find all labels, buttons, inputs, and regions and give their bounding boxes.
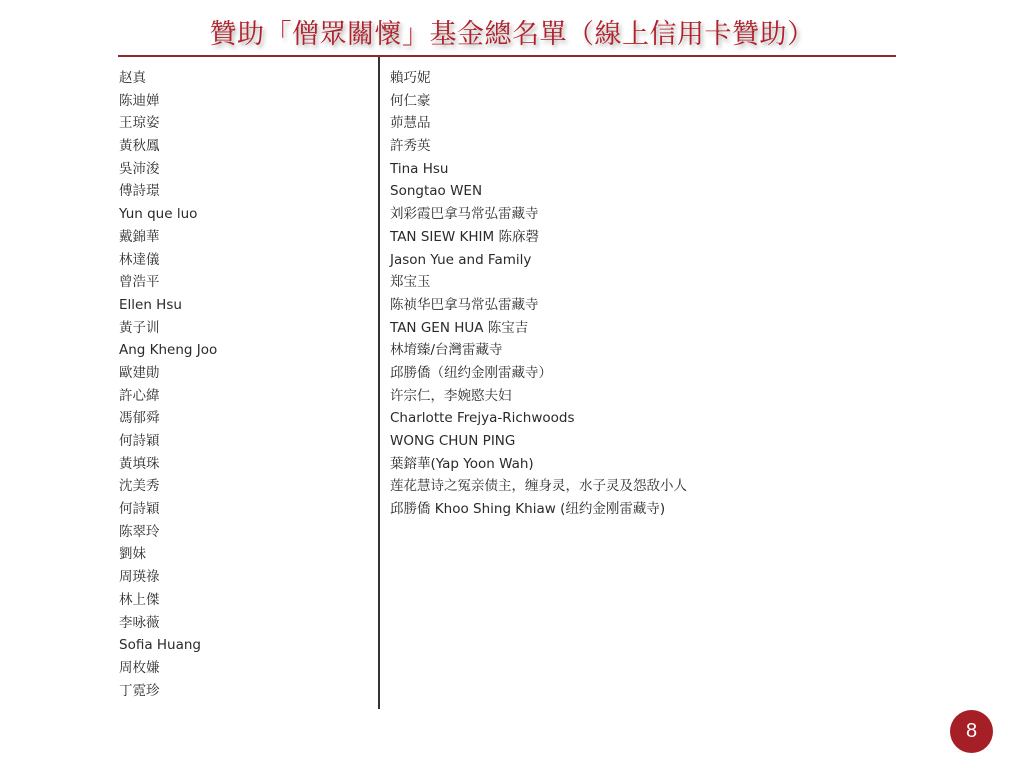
- donor-list-left: 赵真 陈迪婵 王琼姿 黃秋鳳 吳沛浚 傅詩璟 Yun que luo 戴錦華 林…: [119, 67, 217, 702]
- donor-name: 赵真: [119, 67, 217, 90]
- donor-name: 陈翠玲: [119, 521, 217, 544]
- donor-list-right: 賴巧妮 何仁豪 茆慧品 許秀英 Tina Hsu Songtao WEN 刘彩霞…: [390, 67, 687, 521]
- donor-name: 许宗仁，李婉愍夫妇: [390, 385, 687, 408]
- donor-name: 周瑛祿: [119, 566, 217, 589]
- donor-name: 陈祯华巴拿马常弘雷藏寺: [390, 294, 687, 317]
- donor-name: 戴錦華: [119, 226, 217, 249]
- donor-name: Yun que luo: [119, 203, 217, 226]
- donor-name: WONG CHUN PING: [390, 430, 687, 453]
- donor-name: TAN SIEW KHIM 陈庥磬: [390, 226, 687, 249]
- donor-name: 黃秋鳳: [119, 135, 217, 158]
- donor-name: Ang Kheng Joo: [119, 339, 217, 362]
- donor-name: 周枚嫌: [119, 657, 217, 680]
- donor-name: 傅詩璟: [119, 180, 217, 203]
- donor-name: Tina Hsu: [390, 158, 687, 181]
- donor-name: 何詩穎: [119, 498, 217, 521]
- donor-name: 林達儀: [119, 249, 217, 272]
- donor-name: 陈迪婵: [119, 90, 217, 113]
- donor-name: Ellen Hsu: [119, 294, 217, 317]
- column-divider: [378, 57, 380, 709]
- donor-name: Songtao WEN: [390, 180, 687, 203]
- donor-name: 茆慧品: [390, 112, 687, 135]
- donor-name: 邱勝僑（纽约金刚雷藏寺）: [390, 362, 687, 385]
- donor-name: 刘彩霞巴拿马常弘雷藏寺: [390, 203, 687, 226]
- page-title: 贊助「僧眾關懷」基金總名單（線上信用卡贊助）: [0, 16, 1024, 54]
- donor-name: 葉鎔華(Yap Yoon Wah): [390, 453, 687, 476]
- donor-name: Sofia Huang: [119, 634, 217, 657]
- donor-name: 黃填珠: [119, 453, 217, 476]
- donor-name: 郑宝玉: [390, 271, 687, 294]
- donor-name: 莲花慧诗之冤亲债主，缠身灵，水子灵及怨敌小人: [390, 475, 687, 498]
- donor-name: 何詩穎: [119, 430, 217, 453]
- donor-name: 劉妹: [119, 543, 217, 566]
- donor-name: 王琼姿: [119, 112, 217, 135]
- donor-name: 邱勝僑 Khoo Shing Khiaw (纽约金刚雷藏寺): [390, 498, 687, 521]
- donor-name: 黃子训: [119, 317, 217, 340]
- donor-name: TAN GEN HUA 陈宝吉: [390, 317, 687, 340]
- donor-name: 曾浩平: [119, 271, 217, 294]
- title-underline-divider: [118, 55, 896, 57]
- donor-name: Charlotte Frejya-Richwoods: [390, 407, 687, 430]
- donor-name: 馮郁舜: [119, 407, 217, 430]
- donor-name: 許心緯: [119, 385, 217, 408]
- donor-name: Jason Yue and Family: [390, 249, 687, 272]
- donor-name: 沈美秀: [119, 475, 217, 498]
- donor-name: 歐建勛: [119, 362, 217, 385]
- donor-name: 林堉臻/台灣雷藏寺: [390, 339, 687, 362]
- donor-name: 吳沛浚: [119, 158, 217, 181]
- donor-name: 李咏薇: [119, 612, 217, 635]
- donor-name: 許秀英: [390, 135, 687, 158]
- donor-name: 林上傑: [119, 589, 217, 612]
- donor-name: 何仁豪: [390, 90, 687, 113]
- donor-name: 丁霓珍: [119, 680, 217, 703]
- page-number-badge: 8: [950, 710, 993, 753]
- donor-name: 賴巧妮: [390, 67, 687, 90]
